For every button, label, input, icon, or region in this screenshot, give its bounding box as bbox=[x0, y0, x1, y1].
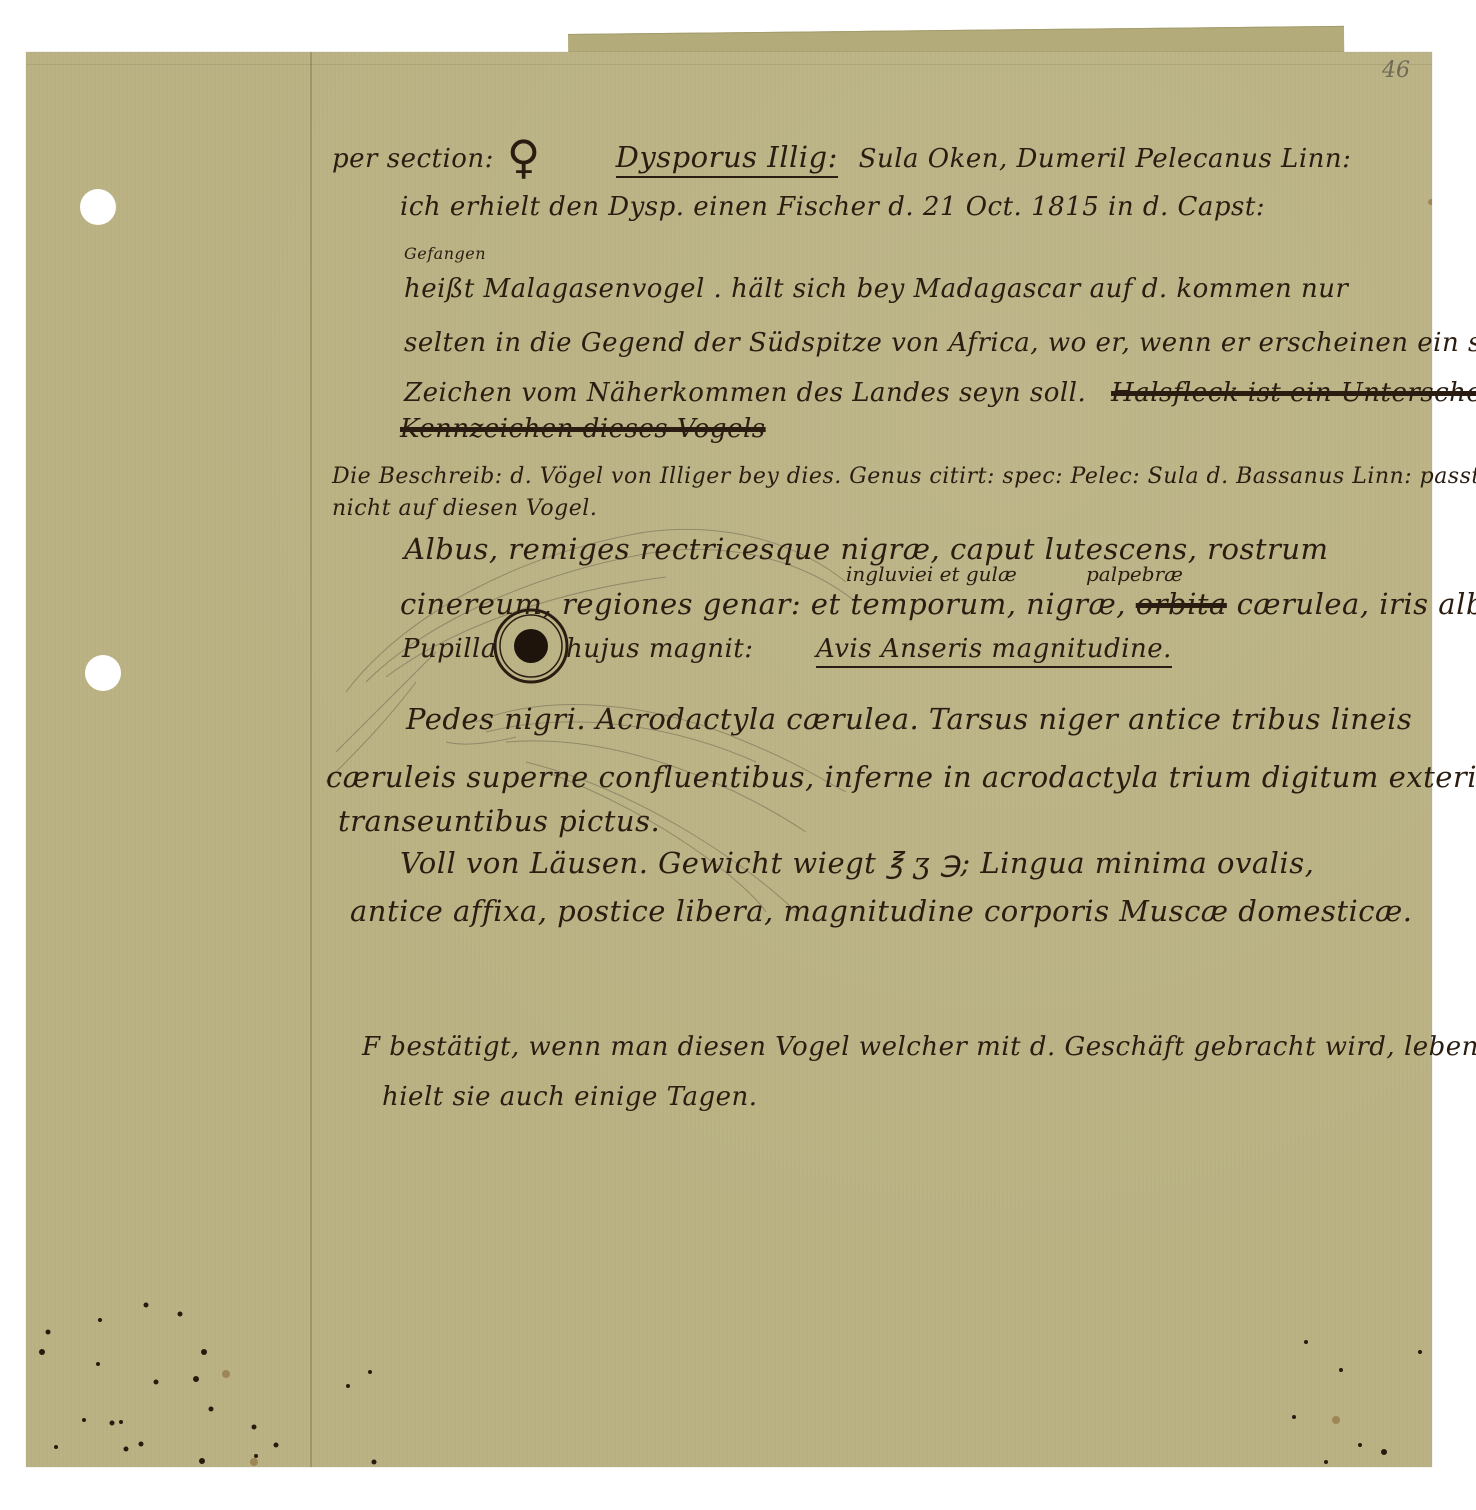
heading-line: per section: ♀ Dysporus Illig: Sula Oken… bbox=[332, 130, 1351, 184]
page-number: 46 bbox=[1382, 58, 1410, 83]
text-line-10-struck: orbita bbox=[1136, 587, 1227, 621]
genus-synonyms: Sula Oken, Dumeril Pelecanus Linn: bbox=[859, 144, 1352, 174]
text-line-3: heißt Malagasenvogel . hält sich bey Mad… bbox=[404, 274, 1348, 304]
punch-hole-bottom bbox=[85, 655, 121, 691]
interlinear-insert-1: ingluviei et gulæ bbox=[846, 562, 1017, 586]
interlinear-insert-2: palpebræ bbox=[1086, 562, 1183, 586]
text-line-6-struck: Kennzeichen dieses Vogels bbox=[400, 414, 766, 444]
text-line-11a: Pupilla bbox=[402, 634, 497, 664]
text-line-10b: cærulea, iris alba. bbox=[1237, 587, 1476, 621]
text-line-16: antice affixa, postice libera, magnitudi… bbox=[350, 894, 1413, 928]
text-line-1: ich erhielt den Dysp. einen Fischer d. 2… bbox=[400, 192, 1265, 222]
fold-line bbox=[310, 52, 312, 1467]
text-line-5: Zeichen vom Näherkommen des Landes seyn … bbox=[404, 378, 1476, 408]
text-line-11b: hujus magnit: bbox=[566, 634, 753, 664]
text-line-2-annotation: Gefangen bbox=[404, 244, 486, 263]
text-line-8: nicht auf diesen Vogel. bbox=[332, 496, 597, 521]
text-line-14: transeuntibus pictus. bbox=[338, 804, 660, 838]
text-line-5-struck: Halsfleck ist ein Unterscheidungs bbox=[1111, 378, 1476, 408]
text-line-18: hielt sie auch einige Tagen. bbox=[382, 1082, 758, 1112]
text-line-12: Pedes nigri. Acrodactyla cærulea. Tarsus… bbox=[406, 702, 1412, 736]
pupil-drawing-icon bbox=[490, 605, 572, 687]
top-crease bbox=[26, 64, 1432, 65]
text-line-17: F bestätigt, wenn man diesen Vogel welch… bbox=[362, 1032, 1476, 1062]
text-line-13: cæruleis superne confluentibus, inferne … bbox=[326, 760, 1476, 794]
text-line-5-main: Zeichen vom Näherkommen des Landes seyn … bbox=[404, 378, 1086, 408]
heading-prefix: per section: bbox=[332, 144, 494, 174]
text-line-11c: Avis Anseris magnitudine. bbox=[816, 634, 1172, 668]
text-line-15: Voll von Läusen. Gewicht wiegt ℥ ʒ ℈; Li… bbox=[400, 846, 1314, 880]
punch-hole-top bbox=[80, 189, 116, 225]
female-symbol-icon: ♀ bbox=[507, 130, 541, 184]
text-line-4: selten in die Gegend der Südspitze von A… bbox=[404, 328, 1476, 358]
text-line-9: Albus, remiges rectricesque nigræ, caput… bbox=[404, 532, 1329, 566]
manuscript-page: 46 per section: ♀ Dysporus Illig: Sula O… bbox=[26, 52, 1432, 1467]
genus-name: Dysporus Illig: bbox=[616, 140, 838, 178]
text-line-7: Die Beschreib: d. Vögel von Illiger bey … bbox=[332, 464, 1476, 489]
